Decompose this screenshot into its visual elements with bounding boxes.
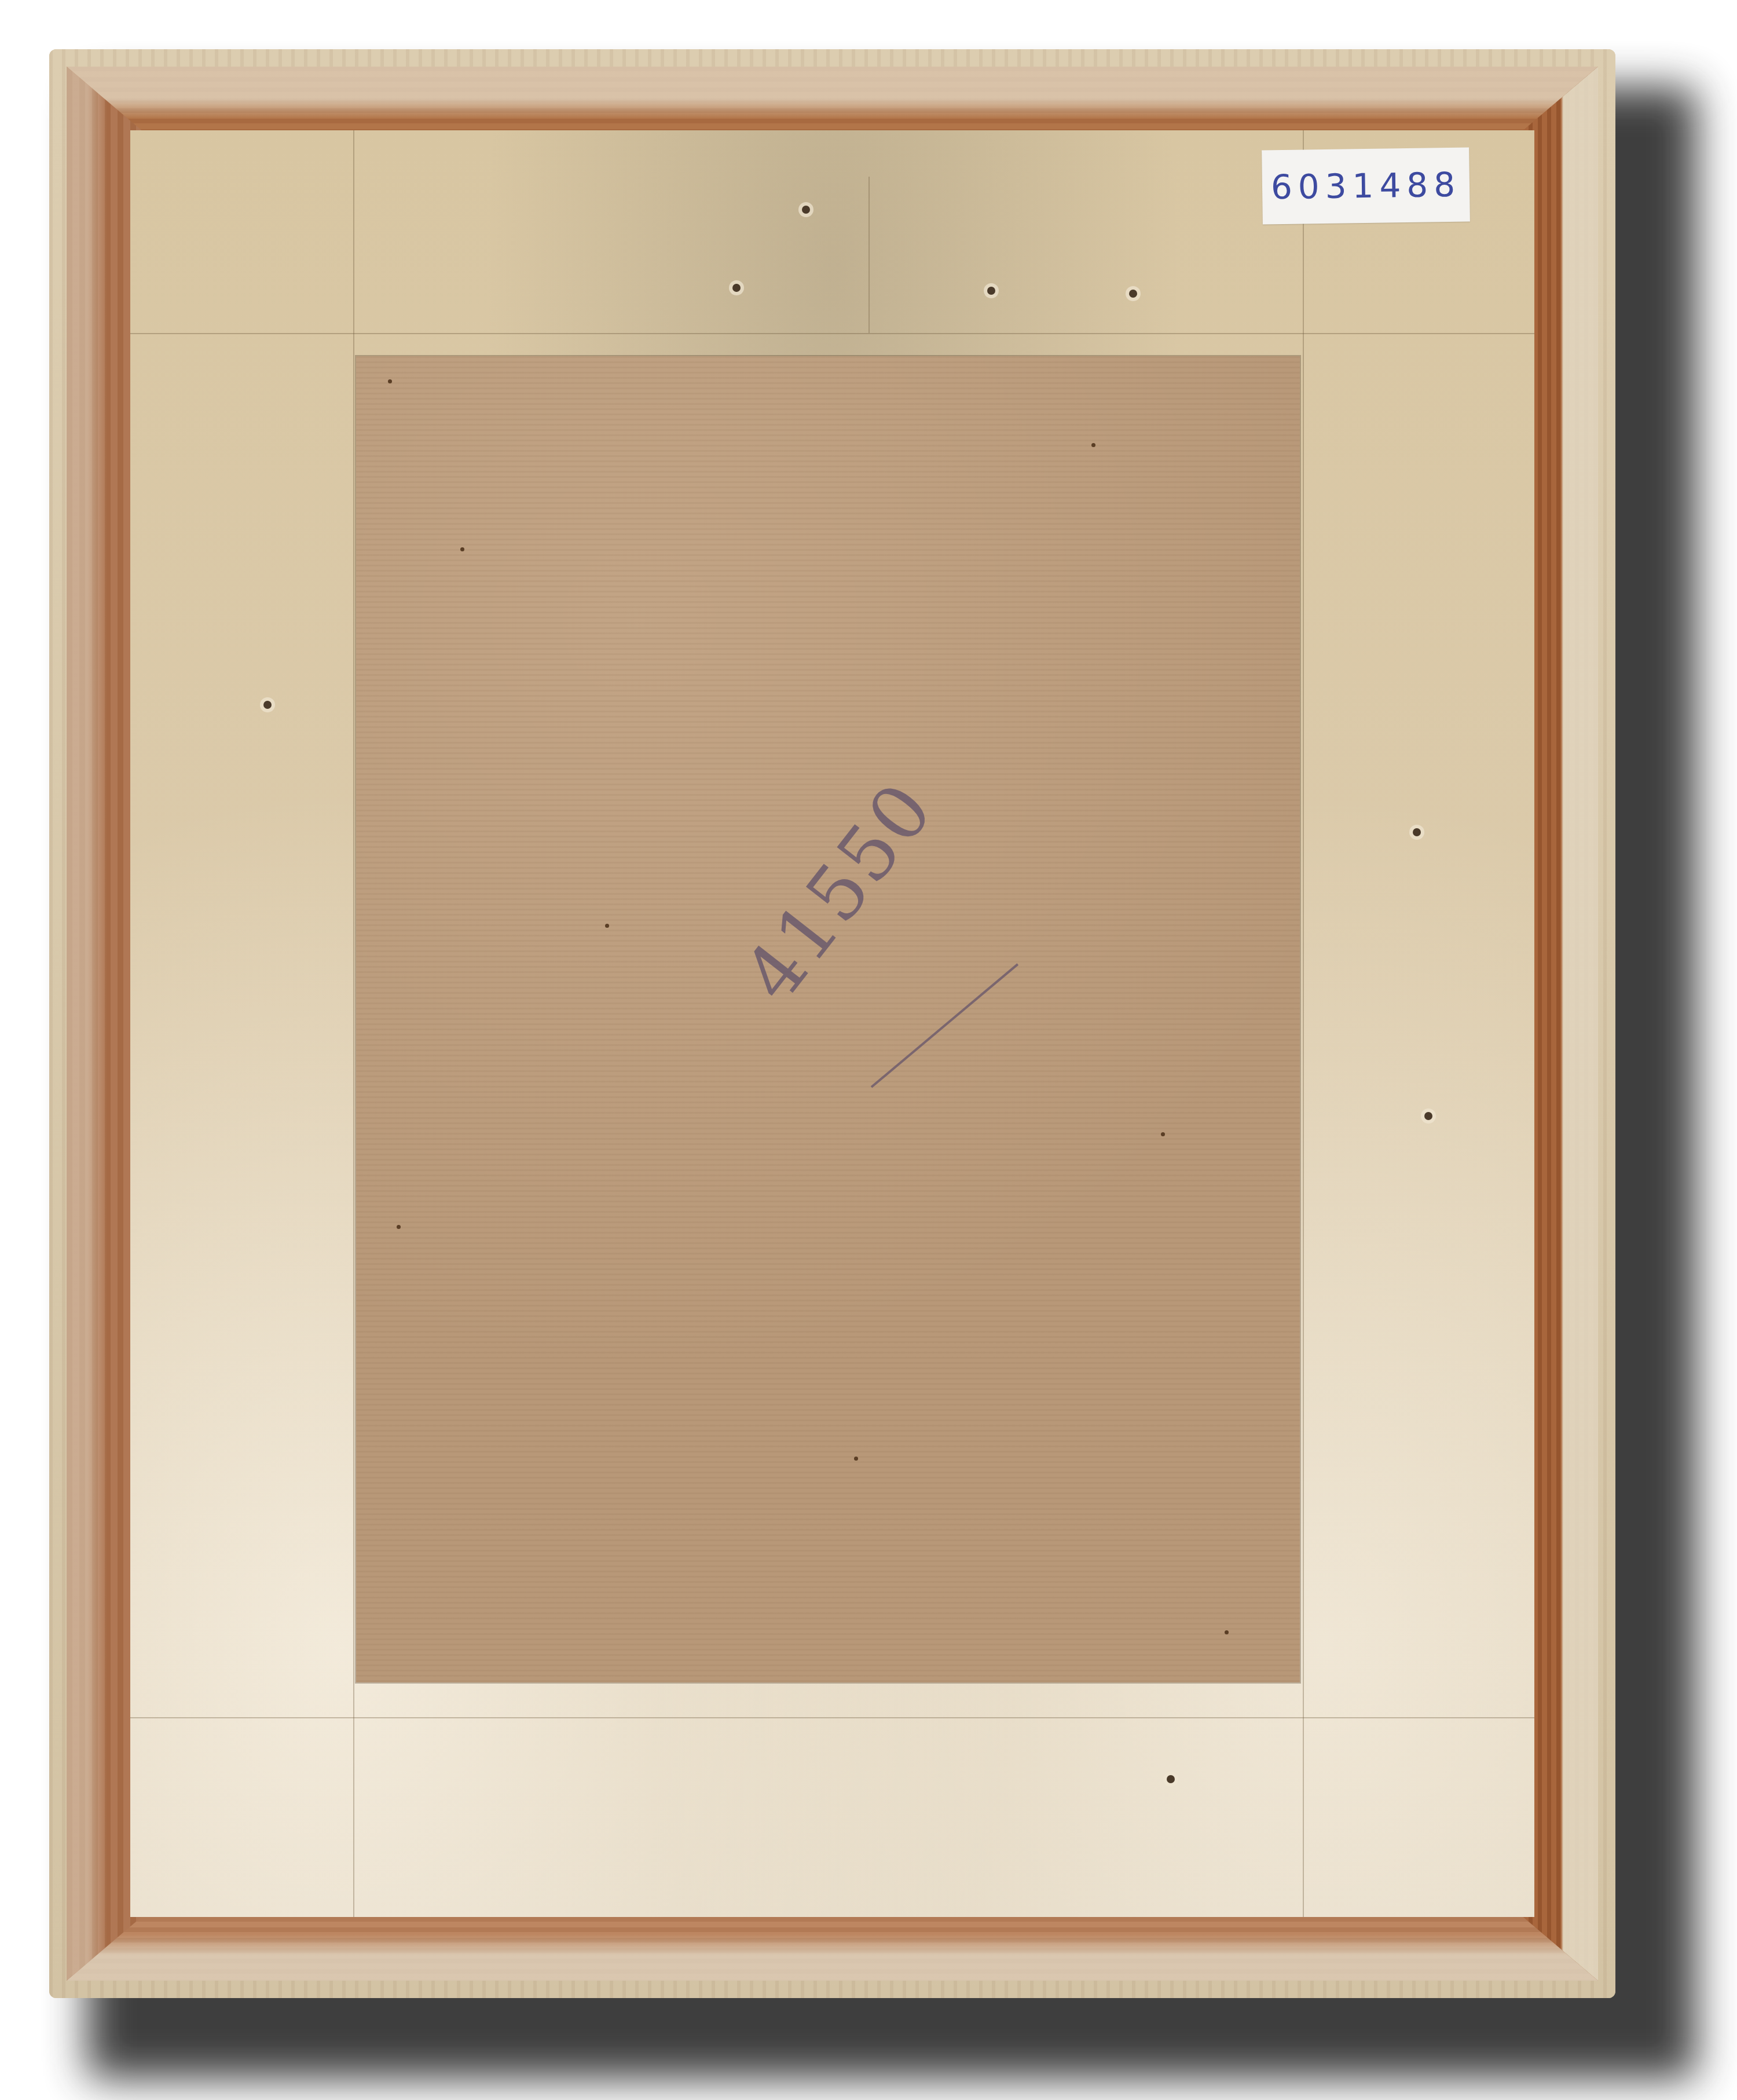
speck [854, 1457, 858, 1461]
tack-icon [987, 287, 995, 295]
hanging-nail-icon [802, 206, 810, 214]
tape-seam [868, 177, 870, 333]
speck [1225, 1630, 1229, 1634]
speck [1091, 443, 1095, 447]
tack-icon [1129, 290, 1137, 298]
picture-frame-back: 6031488 41550 [49, 49, 1615, 1998]
tape-seam [130, 1717, 1534, 1718]
speck [605, 924, 609, 928]
inventory-label: 6031488 [1262, 148, 1470, 225]
speck [397, 1225, 401, 1229]
tack-icon [732, 284, 741, 292]
inventory-number: 6031488 [1270, 165, 1461, 207]
cardboard-backing [356, 356, 1300, 1682]
tape-seam [353, 130, 354, 1917]
tack-icon [1167, 1775, 1175, 1783]
tape-seam [130, 333, 1534, 334]
tack-icon [1413, 828, 1421, 836]
tack-icon [263, 701, 272, 709]
speck [388, 379, 392, 383]
speck [1161, 1132, 1165, 1136]
tape-seam [1303, 130, 1304, 1917]
tack-icon [1424, 1112, 1432, 1120]
speck [460, 547, 464, 551]
